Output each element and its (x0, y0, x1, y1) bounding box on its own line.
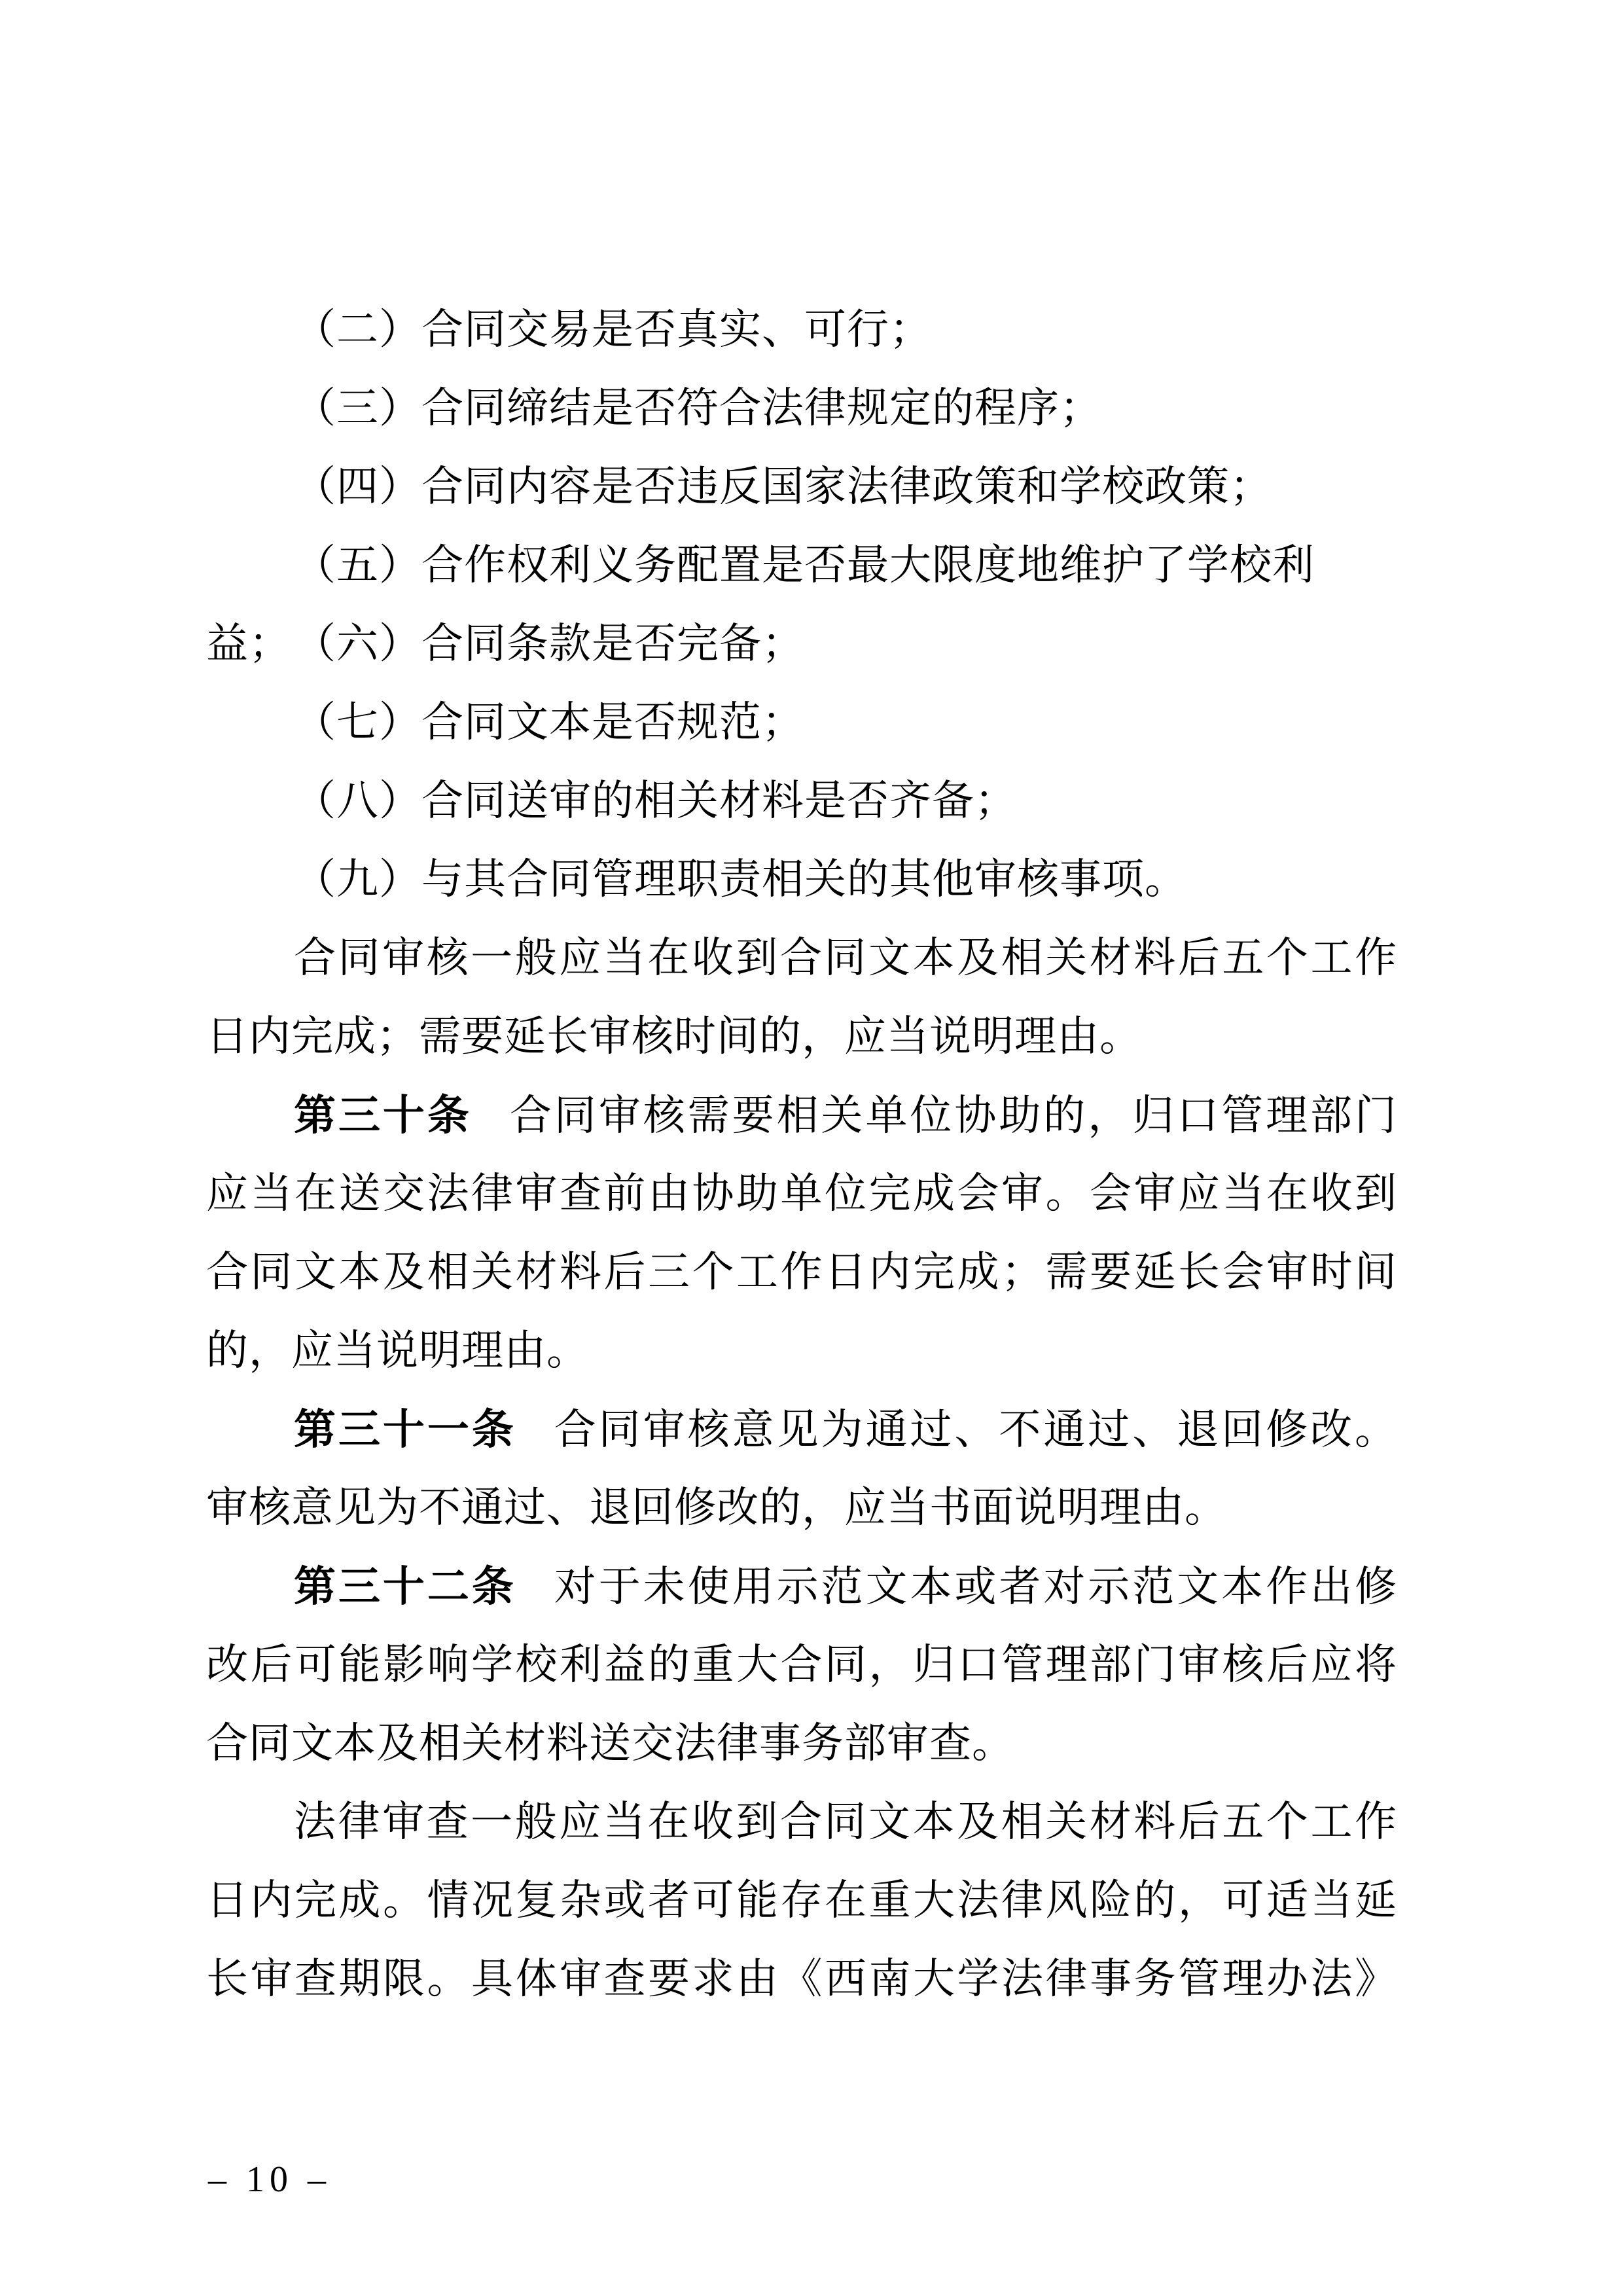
line-text: 合同文本及相关材料后三个工作日内完成；需要延长会审时间 (206, 1249, 1397, 1295)
line-text: （七）合同文本是否规范； (294, 699, 804, 745)
article-number: 第三十二条 (294, 1563, 516, 1610)
line-text: 的，应当说明理由。 (206, 1327, 589, 1374)
line-text: 法律审查一般应当在收到合同文本及相关材料后五个工作 (294, 1799, 1397, 1845)
line-text: （三）合同缔结是否符合法律规定的程序； (294, 385, 1102, 431)
text-line: （五）合作权利义务配置是否最大限度地维护了学校利益； (206, 526, 1397, 605)
text-line: （四）合同内容是否违反国家法律政策和学校政策； (206, 448, 1397, 526)
line-text: 合同审核意见为通过、不通过、退回修改。 (554, 1407, 1397, 1453)
text-line: 日内完成。情况复杂或者可能存在重大法律风险的，可适当延 (206, 1861, 1397, 1940)
text-line: （八）合同送审的相关材料是否齐备； (206, 762, 1397, 840)
text-line: 第三十二条对于未使用示范文本或者对示范文本作出修 (206, 1547, 1397, 1626)
line-text: 对于未使用示范文本或者对示范文本作出修 (554, 1564, 1397, 1610)
text-line: （七）合同文本是否规范； (206, 683, 1397, 762)
article-number: 第三十条 (294, 1092, 472, 1139)
text-line: （九）与其合同管理职责相关的其他审核事项。 (206, 840, 1397, 919)
text-line: 合同审核一般应当在收到合同文本及相关材料后五个工作 (206, 919, 1397, 997)
text-line: （三）合同缔结是否符合法律规定的程序； (206, 369, 1397, 448)
text-line: 合同文本及相关材料送交法律事务部审查。 (206, 1704, 1397, 1783)
line-text: （四）合同内容是否违反国家法律政策和学校政策； (294, 463, 1272, 510)
line-text: 审核意见为不通过、退回修改的，应当书面说明理由。 (206, 1484, 1227, 1531)
text-line: 应当在送交法律审查前由协助单位完成会审。会审应当在收到 (206, 1155, 1397, 1233)
line-text: 日内完成；需要延长审核时间的，应当说明理由。 (206, 1013, 1142, 1060)
line-text: （八）合同送审的相关材料是否齐备； (294, 778, 1017, 824)
line-text: （六）合同条款是否完备； (294, 620, 804, 667)
text-line: 日内完成；需要延长审核时间的，应当说明理由。 (206, 997, 1397, 1076)
text-line: 法律审查一般应当在收到合同文本及相关材料后五个工作 (206, 1783, 1397, 1861)
text-line: （六）合同条款是否完备； (206, 605, 1397, 683)
page-number: – 10 – (208, 2153, 331, 2206)
line-text: （九）与其合同管理职责相关的其他审核事项。 (294, 856, 1187, 903)
text-line: （二）合同交易是否真实、可行； (206, 291, 1397, 369)
document-page: （二）合同交易是否真实、可行；（三）合同缔结是否符合法律规定的程序；（四）合同内… (0, 0, 1623, 2296)
text-line: 合同文本及相关材料后三个工作日内完成；需要延长会审时间 (206, 1233, 1397, 1312)
line-text: （二）合同交易是否真实、可行； (294, 306, 932, 353)
line-text: 日内完成。情况复杂或者可能存在重大法律风险的，可适当延 (206, 1877, 1397, 1924)
document-text-block: （二）合同交易是否真实、可行；（三）合同缔结是否符合法律规定的程序；（四）合同内… (206, 291, 1397, 2018)
line-text: 合同审核需要相关单位协助的，归口管理部门 (510, 1092, 1397, 1139)
line-text: 应当在送交法律审查前由协助单位完成会审。会审应当在收到 (206, 1170, 1397, 1217)
line-text: 长审查期限。具体审查要求由《西南大学法律事务管理办法》 (206, 1956, 1397, 2002)
line-text: 合同文本及相关材料送交法律事务部审查。 (206, 1720, 1014, 1767)
text-line: 长审查期限。具体审查要求由《西南大学法律事务管理办法》 (206, 1940, 1397, 2018)
text-line: 第三十条合同审核需要相关单位协助的，归口管理部门 (206, 1076, 1397, 1155)
text-line: 改后可能影响学校利益的重大合同，归口管理部门审核后应将 (206, 1626, 1397, 1704)
text-line: 第三十一条合同审核意见为通过、不通过、退回修改。 (206, 1390, 1397, 1469)
text-line: 审核意见为不通过、退回修改的，应当书面说明理由。 (206, 1469, 1397, 1547)
article-number: 第三十一条 (294, 1406, 516, 1453)
text-line: 的，应当说明理由。 (206, 1312, 1397, 1390)
line-text: 合同审核一般应当在收到合同文本及相关材料后五个工作 (294, 935, 1397, 981)
line-text: 改后可能影响学校利益的重大合同，归口管理部门审核后应将 (206, 1641, 1397, 1688)
